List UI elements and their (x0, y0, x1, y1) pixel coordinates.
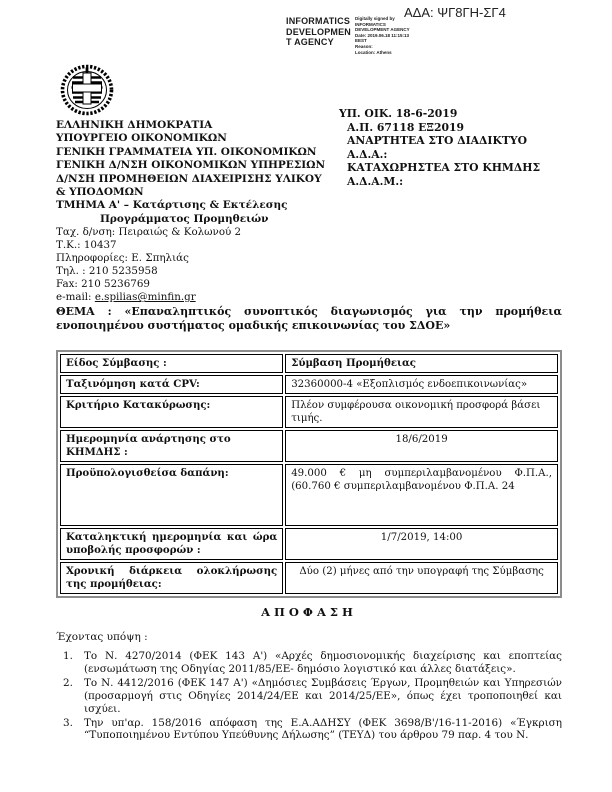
org-line: ΥΠΟΥΡΓΕΙΟ ΟΙΚΟΝΟΜΙΚΩΝ (56, 132, 368, 145)
contract-details-table: Είδος Σύμβασης : Σύμβαση Προμήθειας Ταξι… (56, 350, 562, 598)
protocol-date-line: ΥΠ. ΟΙΚ. 18-6-2019 (339, 107, 564, 121)
table-row: Χρονική διάρκεια ολοκλήρωσης της προμήθε… (60, 562, 558, 594)
department-line: ΤΜΗΜΑ Α' – Κατάρτισης & Εκτέλεσης (56, 199, 368, 212)
digital-signature-stamp: INFORMATICS DEVELOPMEN T AGENCY Digitall… (286, 16, 410, 55)
email-link[interactable]: e.spilias@minfin.gr (95, 291, 196, 303)
legal-basis-list: 1. Το Ν. 4270/2014 (ΦΕΚ 143 Α') «Αρχές δ… (56, 650, 562, 742)
row-label: Χρονική διάρκεια ολοκλήρωσης της προμήθε… (60, 562, 283, 594)
row-label: Ημερομηνία ανάρτησης στο ΚΗΜΔΗΣ : (60, 430, 283, 462)
anartitea-line: ΑΝΑΡΤΗΤΕΑ ΣΤΟ ΔΙΑΔΙΚΤΥΟ (347, 134, 564, 148)
row-label: Καταληκτική ημερομηνία και ώρα υποβολής … (60, 528, 283, 560)
kimdis-line: ΚΑΤΑΧΩΡΗΣΤΕΑ ΣΤΟ ΚΗΜΔΗΣ (347, 161, 564, 175)
main-content: ΘΕΜΑ : «Επαναληπτικός συνοπτικός διαγωνι… (56, 305, 562, 743)
row-value: Πλέον συμφέρουσα οικονομική προσφορά βάσ… (285, 396, 558, 428)
org-line: ΓΕΝΙΚΗ Δ/ΝΣΗ ΟΙΚΟΝΟΜΙΚΩΝ ΥΠΗΡΕΣΙΩΝ (56, 159, 368, 172)
item-text: Την υπ'αρ. 158/2016 απόφαση της Ε.Α.ΑΔΗΣ… (84, 717, 562, 743)
row-label: Προϋπολογισθείσα δαπάνη: (60, 464, 283, 526)
row-label: Ταξινόμηση κατά CPV: (60, 375, 283, 394)
table-row: Είδος Σύμβασης : Σύμβαση Προμήθειας (60, 354, 558, 373)
header-left-column: ΕΛΛΗΝΙΚΗ ΔΗΜΟΚΡΑΤΙΑ ΥΠΟΥΡΓΕΙΟ ΟΙΚΟΝΟΜΙΚΩ… (56, 119, 368, 304)
ada-code: ΑΔΑ: ΨΓ8ΓΗ-ΣΓ4 (404, 5, 506, 20)
table-row: Ημερομηνία ανάρτησης στο ΚΗΜΔΗΣ : 18/6/2… (60, 430, 558, 462)
item-number: 1. (56, 650, 84, 676)
org-line: ΕΛΛΗΝΙΚΗ ΔΗΜΟΚΡΑΤΙΑ (56, 119, 368, 132)
row-value: 49.000 € μη συμπεριλαμβανομένου Φ.Π.Α., … (285, 464, 558, 526)
decision-preamble: Έχοντας υπόψη : (56, 631, 562, 644)
row-value: Σύμβαση Προμήθειας (285, 354, 558, 373)
coat-of-arms-logo (60, 64, 114, 120)
email-label: e-mail: (56, 291, 95, 303)
row-value: 32360000-4 «Εξοπλισμός ενδοεπικοινωνίας» (285, 375, 558, 394)
department-line-2: Προγράμματος Προμηθειών (100, 213, 368, 226)
coat-of-arms-icon (60, 64, 114, 116)
table-row: Κριτήριο Κατακύρωσης: Πλέον συμφέρουσα ο… (60, 396, 558, 428)
protocol-number-line: Α.Π. 67118 ΕΞ2019 (347, 121, 564, 135)
adam-field-line: Α.Δ.Α.Μ.: (347, 175, 564, 189)
decision-heading: ΑΠΟΦΑΣΗ (56, 605, 562, 619)
org-line: Δ/ΝΣΗ ΠΡΟΜΗΘΕΙΩΝ ΔΙΑΧΕΙΡΙΣΗΣ ΥΛΙΚΟΥ (56, 173, 368, 186)
item-number: 3. (56, 717, 84, 743)
row-value: 18/6/2019 (285, 430, 558, 462)
subject-paragraph: ΘΕΜΑ : «Επαναληπτικός συνοπτικός διαγωνι… (56, 305, 562, 333)
stamp-agency-name: INFORMATICS DEVELOPMEN T AGENCY (286, 16, 351, 55)
header-right-column: ΥΠ. ΟΙΚ. 18-6-2019 Α.Π. 67118 ΕΞ2019 ΑΝΑ… (339, 107, 564, 189)
item-text: Το Ν. 4270/2014 (ΦΕΚ 143 Α') «Αρχές δημο… (84, 650, 562, 676)
row-label: Κριτήριο Κατακύρωσης: (60, 396, 283, 428)
item-text: Το Ν. 4412/2016 (ΦΕΚ 147 Α') «Δημόσιες Σ… (84, 677, 562, 716)
row-value: 1/7/2019, 14:00 (285, 528, 558, 560)
org-line: ΓΕΝΙΚΗ ΓΡΑΜΜΑΤΕΙΑ ΥΠ. ΟΙΚΟΝΟΜΙΚΩΝ (56, 146, 368, 159)
row-value: Δύο (2) μήνες από την υπογραφή της Σύμβα… (285, 562, 558, 594)
contact-telephone: Τηλ. : 210 5235958 (56, 265, 368, 278)
contact-address: Ταχ. δ/νση: Πειραιώς & Κολωνού 2 (56, 226, 368, 239)
contact-postal-code: Τ.Κ.: 10437 (56, 239, 368, 252)
table-row: Ταξινόμηση κατά CPV: 32360000-4 «Εξοπλισ… (60, 375, 558, 394)
item-number: 2. (56, 677, 84, 716)
legal-item: 3. Την υπ'αρ. 158/2016 απόφαση της Ε.Α.Α… (56, 717, 562, 743)
legal-item: 2. Το Ν. 4412/2016 (ΦΕΚ 147 Α') «Δημόσιε… (56, 677, 562, 716)
contact-info-person: Πληροφορίες: Ε. Σπηλιάς (56, 252, 368, 265)
ada-field-line: Α.Δ.Α.: (347, 148, 564, 162)
contact-fax: Fax: 210 5236769 (56, 278, 368, 291)
document-page: ΑΔΑ: ΨΓ8ΓΗ-ΣΓ4 INFORMATICS DEVELOPMEN T … (0, 0, 612, 792)
org-line: & ΥΠΟΔΟΜΩΝ (56, 186, 368, 199)
stamp-signature-details: Digitally signed by INFORMATICS DEVELOPM… (355, 16, 410, 55)
contact-email-line: e-mail: e.spilias@minfin.gr (56, 291, 368, 304)
row-label: Είδος Σύμβασης : (60, 354, 283, 373)
legal-item: 1. Το Ν. 4270/2014 (ΦΕΚ 143 Α') «Αρχές δ… (56, 650, 562, 676)
table-row: Προϋπολογισθείσα δαπάνη: 49.000 € μη συμ… (60, 464, 558, 526)
table-row: Καταληκτική ημερομηνία και ώρα υποβολής … (60, 528, 558, 560)
